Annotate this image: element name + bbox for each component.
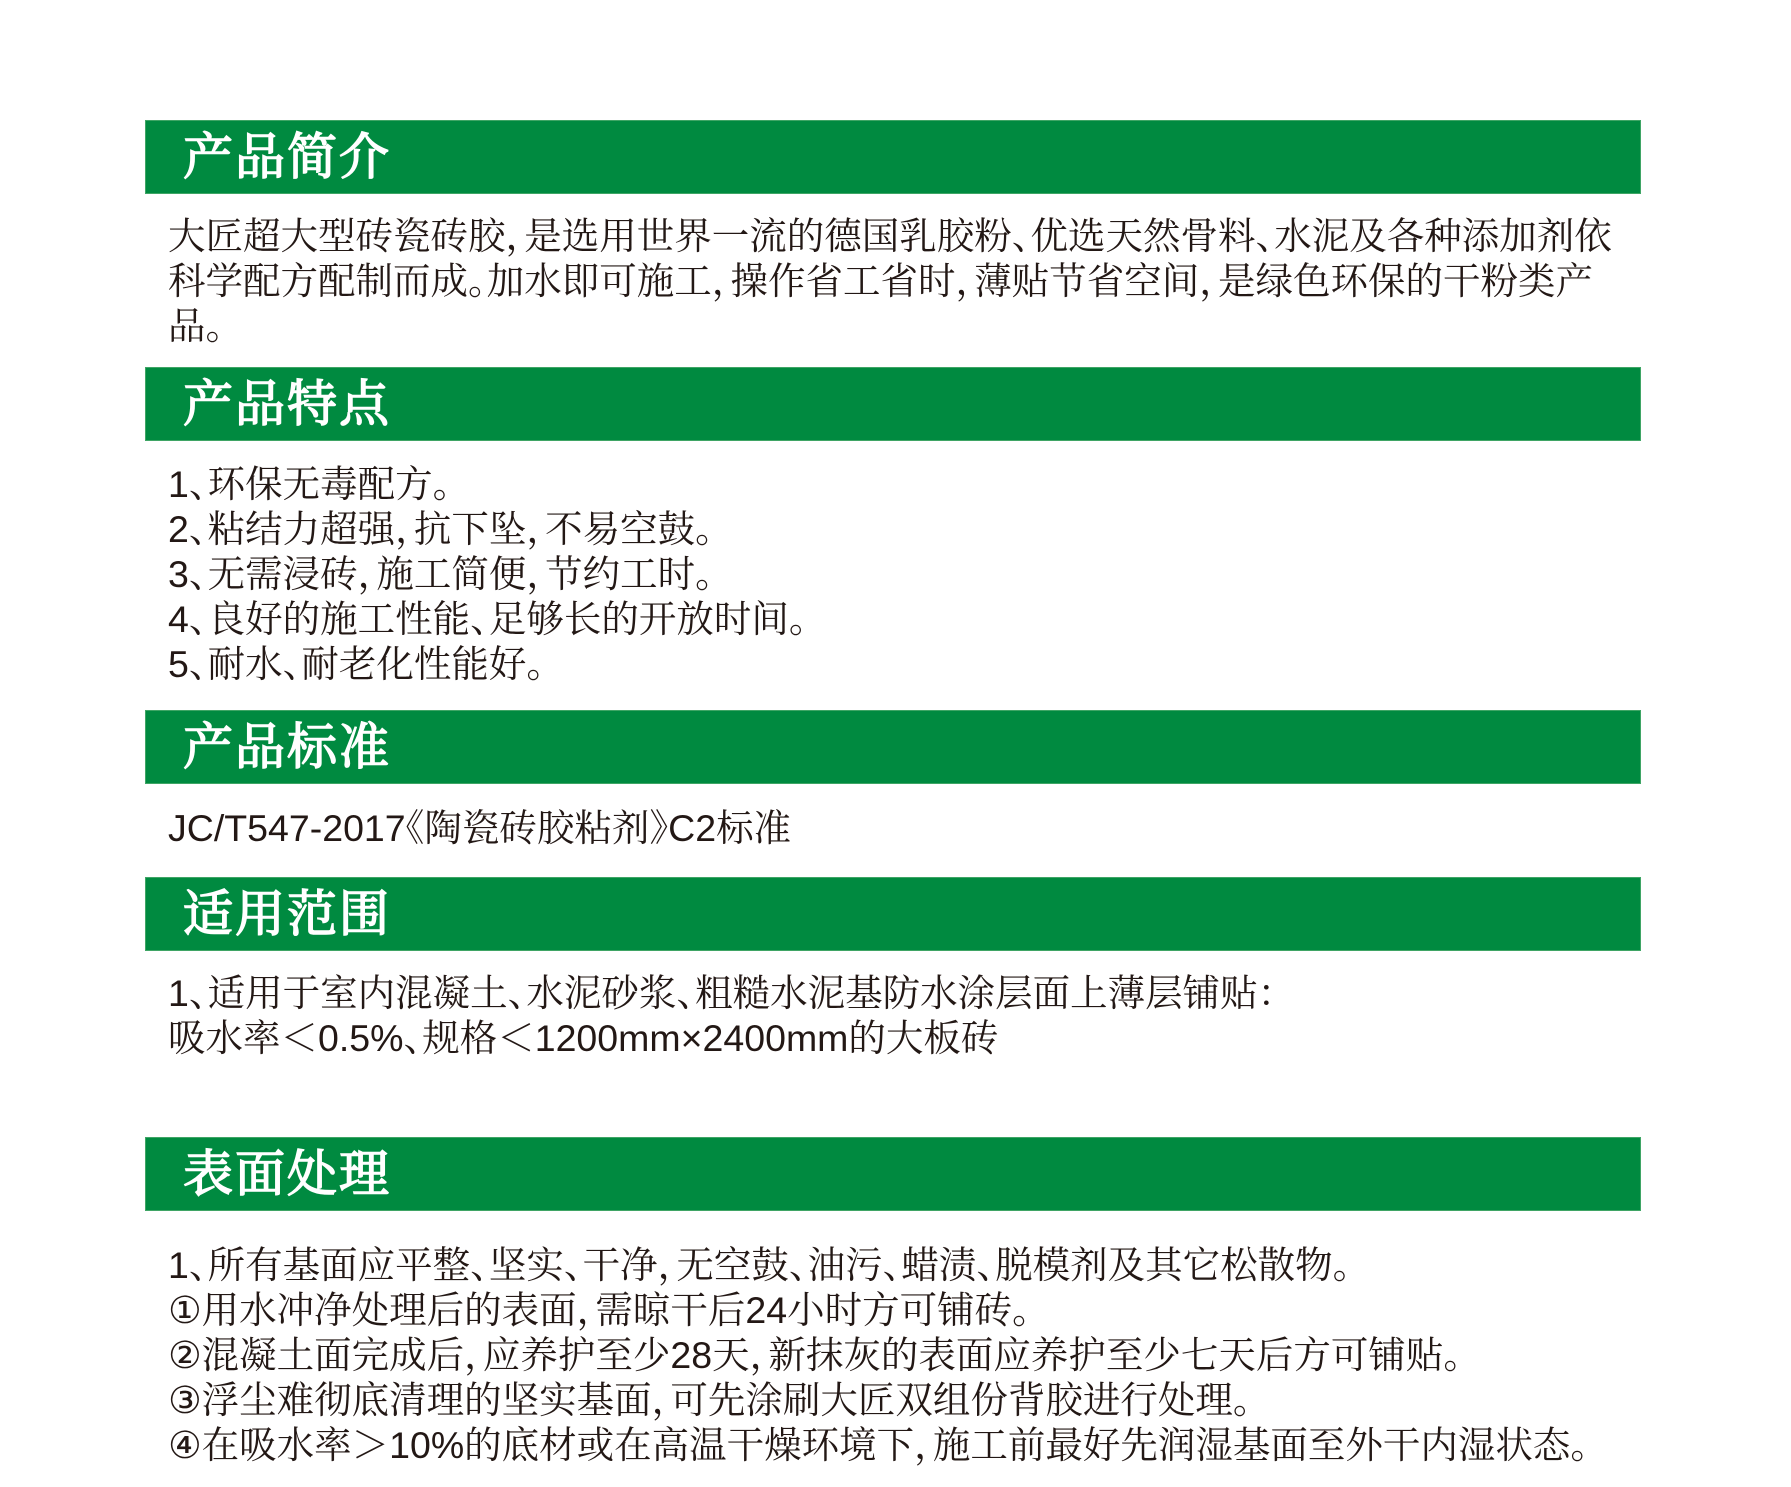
scope-line: 1、适用于室内混凝土、水泥砂浆、粗糙水泥基防水涂层面上薄层铺贴： bbox=[168, 971, 1641, 1016]
section-title: 产品简介 bbox=[145, 120, 1641, 194]
intro-paragraph-line: 品。 bbox=[168, 304, 1641, 349]
feature-list-item: 2、粘结力超强，抗下坠，不易空鼓。 bbox=[168, 507, 1641, 552]
section-application-scope: 适用范围 1、适用于室内混凝土、水泥砂浆、粗糙水泥基防水涂层面上薄层铺贴： 吸水… bbox=[145, 877, 1641, 1061]
section-product-standard: 产品标准 JC/T547-2017《陶瓷砖胶粘剂》C2标准 bbox=[145, 710, 1641, 851]
feature-list-item: 4、良好的施工性能、足够长的开放时间。 bbox=[168, 597, 1641, 642]
intro-paragraph-line: 科学配方配制而成。加水即可施工，操作省工省时，薄贴节省空间，是绿色环保的干粉类产 bbox=[168, 259, 1641, 304]
section-body: 大匠超大型砖瓷砖胶，是选用世界一流的德国乳胶粉、优选天然骨料、水泥及各种添加剂依… bbox=[145, 214, 1641, 349]
feature-list-item: 1、环保无毒配方。 bbox=[168, 462, 1641, 507]
section-header-bar: 适用范围 bbox=[145, 877, 1641, 951]
section-product-features: 产品特点 1、环保无毒配方。 2、粘结力超强，抗下坠，不易空鼓。 3、无需浸砖，… bbox=[145, 367, 1641, 687]
scope-line: 吸水率＜0.5%、规格＜1200mm×2400mm的大板砖 bbox=[168, 1016, 1641, 1061]
section-header-bar: 表面处理 bbox=[145, 1137, 1641, 1211]
section-title: 产品特点 bbox=[145, 367, 1641, 441]
section-header-bar: 产品简介 bbox=[145, 120, 1641, 194]
feature-list-item: 5、耐水、耐老化性能好。 bbox=[168, 642, 1641, 687]
section-body: JC/T547-2017《陶瓷砖胶粘剂》C2标准 bbox=[145, 806, 1641, 851]
treatment-list-item: ③浮尘难彻底清理的坚实基面，可先涂刷大匠双组份背胶进行处理。 bbox=[168, 1378, 1641, 1423]
section-product-intro: 产品简介 大匠超大型砖瓷砖胶，是选用世界一流的德国乳胶粉、优选天然骨料、水泥及各… bbox=[145, 120, 1641, 349]
section-header-bar: 产品特点 bbox=[145, 367, 1641, 441]
treatment-list-item: 1、所有基面应平整、坚实、干净，无空鼓、油污、蜡渍、脱模剂及其它松散物。 bbox=[168, 1243, 1641, 1288]
section-body: 1、所有基面应平整、坚实、干净，无空鼓、油污、蜡渍、脱模剂及其它松散物。 ①用水… bbox=[145, 1243, 1641, 1468]
section-title: 表面处理 bbox=[145, 1137, 1641, 1211]
treatment-list-item: ④在吸水率＞10%的底材或在高温干燥环境下，施工前最好先润湿基面至外干内湿状态。 bbox=[168, 1423, 1641, 1468]
standard-text: JC/T547-2017《陶瓷砖胶粘剂》C2标准 bbox=[168, 806, 1641, 851]
feature-list-item: 3、无需浸砖，施工简便，节约工时。 bbox=[168, 552, 1641, 597]
section-title: 适用范围 bbox=[145, 877, 1641, 951]
treatment-list-item: ①用水冲净处理后的表面，需晾干后24小时方可铺砖。 bbox=[168, 1288, 1641, 1333]
section-title: 产品标准 bbox=[145, 710, 1641, 784]
section-body: 1、适用于室内混凝土、水泥砂浆、粗糙水泥基防水涂层面上薄层铺贴： 吸水率＜0.5… bbox=[145, 971, 1641, 1061]
treatment-list-item: ②混凝土面完成后，应养护至少28天，新抹灰的表面应养护至少七天后方可铺贴。 bbox=[168, 1333, 1641, 1378]
section-surface-treatment: 表面处理 1、所有基面应平整、坚实、干净，无空鼓、油污、蜡渍、脱模剂及其它松散物… bbox=[145, 1137, 1641, 1468]
intro-paragraph-line: 大匠超大型砖瓷砖胶，是选用世界一流的德国乳胶粉、优选天然骨料、水泥及各种添加剂依 bbox=[168, 214, 1641, 259]
section-body: 1、环保无毒配方。 2、粘结力超强，抗下坠，不易空鼓。 3、无需浸砖，施工简便，… bbox=[145, 462, 1641, 687]
section-header-bar: 产品标准 bbox=[145, 710, 1641, 784]
